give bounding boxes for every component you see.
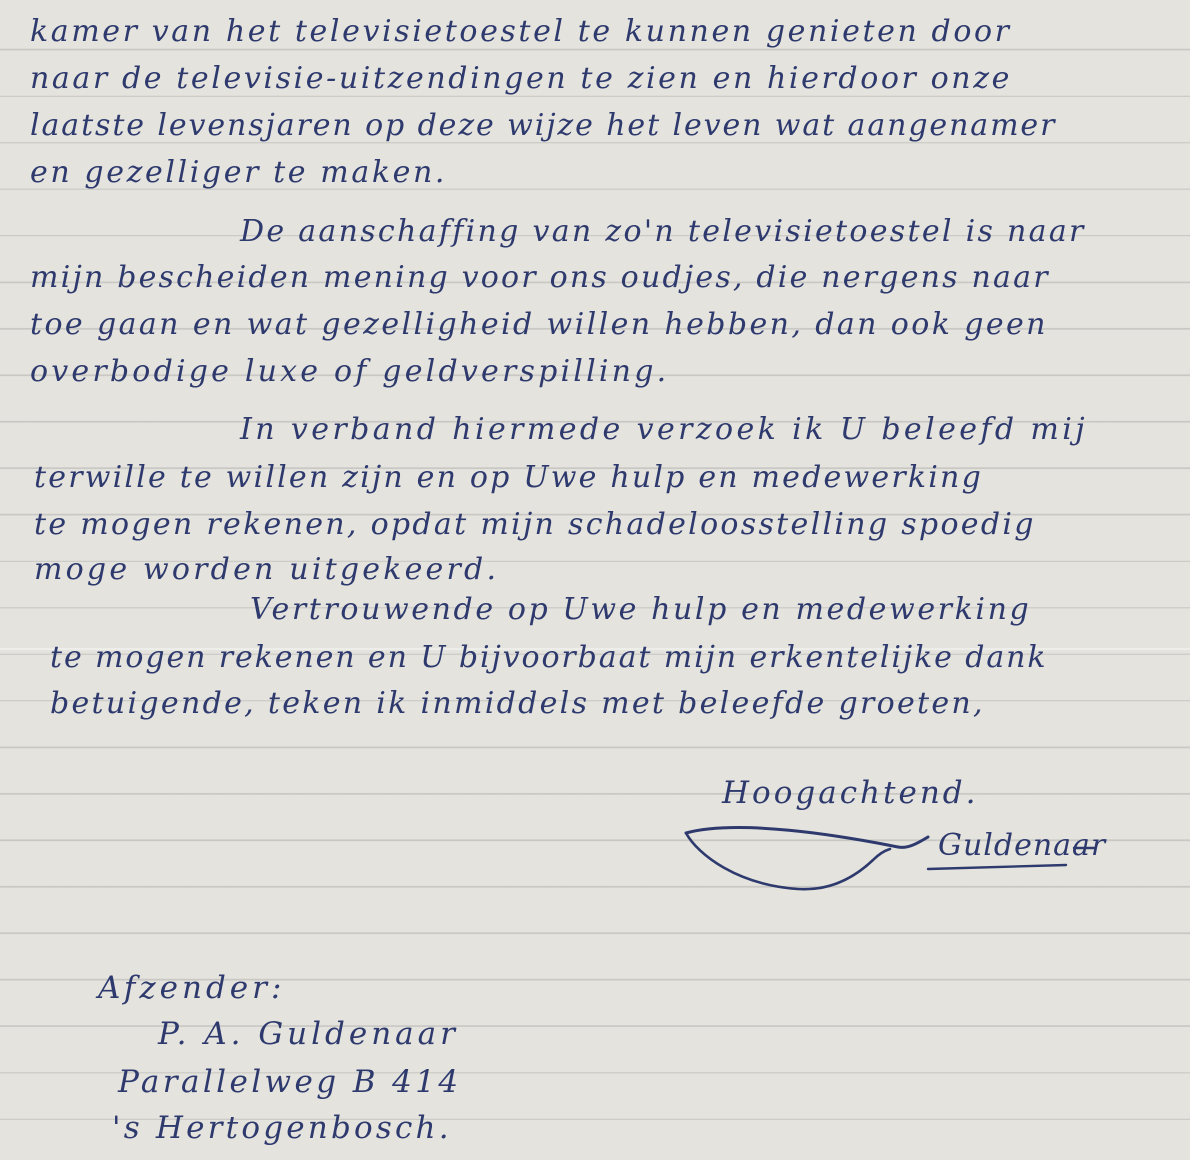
body-line-2: naar de televisie-uitzendingen te zien e… — [30, 61, 1012, 97]
signature: Guldenaar — [938, 828, 1106, 864]
closing-salutation: Hoogachtend. — [722, 775, 978, 811]
body-line-9: In verband hiermede verzoek ik U beleefd… — [240, 412, 1088, 448]
body-line-12: moge worden uitgekeerd. — [34, 552, 499, 588]
body-line-3: laatste levensjaren op deze wijze het le… — [30, 108, 1056, 144]
letter-page: kamer van het televisietoestel te kunnen… — [0, 0, 1190, 1160]
body-line-14: te mogen rekenen en U bijvoorbaat mijn e… — [50, 640, 1047, 676]
body-line-5: De aanschaffing van zo'n televisietoeste… — [240, 214, 1086, 250]
body-line-6: mijn bescheiden mening voor ons oudjes, … — [30, 260, 1050, 296]
body-line-10: terwille te willen zijn en op Uwe hulp e… — [34, 460, 983, 496]
body-line-15: betuigende, teken ik inmiddels met belee… — [50, 686, 985, 722]
sender-name: P. A. Guldenaar — [158, 1016, 459, 1052]
body-line-4: en gezelliger te maken. — [30, 155, 447, 191]
body-line-7: toe gaan en wat gezelligheid willen hebb… — [30, 307, 1048, 343]
body-line-11: te mogen rekenen, opdat mijn schadelooss… — [34, 507, 1036, 543]
sender-city: 's Hertogenbosch. — [112, 1110, 452, 1146]
body-line-8: overbodige luxe of geldverspilling. — [30, 354, 669, 390]
sender-label: Afzender: — [98, 970, 285, 1006]
sender-street: Parallelweg B 414 — [118, 1064, 462, 1100]
body-line-13: Vertrouwende op Uwe hulp en medewerking — [250, 592, 1031, 628]
body-line-1: kamer van het televisietoestel te kunnen… — [30, 14, 1012, 50]
